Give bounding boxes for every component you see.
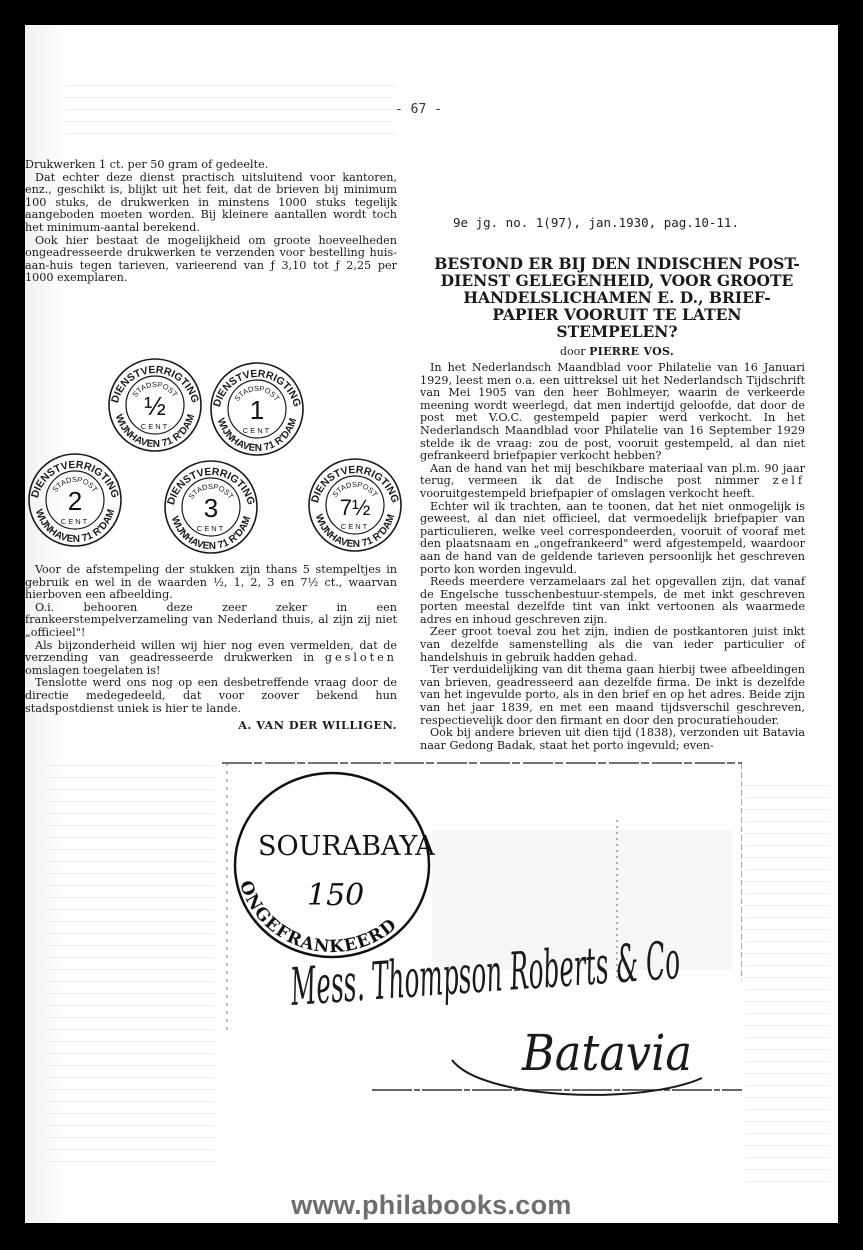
paragraph: Ook hier bestaat de mogelijkheid om groo… — [25, 235, 397, 285]
svg-text:CENT: CENT — [141, 422, 169, 431]
article-title: BESTOND ER BIJ DEN INDISCHEN POST- DIENS… — [417, 255, 817, 340]
svg-text:CENT: CENT — [197, 524, 225, 533]
paragraph: In het Nederlandsch Maandblad voor Phila… — [420, 362, 805, 463]
show-through-text — [45, 765, 215, 1165]
svg-text:CENT: CENT — [61, 517, 89, 526]
svg-text:7½: 7½ — [340, 495, 371, 520]
title-line: STEMPELEN? — [417, 323, 817, 340]
source-reference: 9e jg. no. 1(97), jan.1930, pag.10-11. — [453, 215, 813, 230]
scanned-page: - 67 - Drukwerken 1 ct. per 50 gram of g… — [25, 25, 838, 1223]
paragraph: Reeds meerdere verzamelaars zal het opge… — [420, 576, 805, 626]
watermark-url: www.philabooks.com — [25, 1190, 838, 1221]
svg-text:½: ½ — [144, 391, 166, 421]
stamp-4: DIENSTVERRIGTINGWIJNHAVEN 71 R'DAMSTADSP… — [165, 461, 257, 553]
paragraph: Tenslotte werd ons nog op een desbetreff… — [25, 677, 397, 715]
title-line: DIENST GELEGENHEID, VOOR GROOTE — [417, 272, 817, 289]
text: Aan de hand van het mij beschikbare mate… — [420, 462, 805, 488]
cover-svg: SOURABAYA 150 ONGEFRANKEERD Mess. Thomps… — [222, 760, 742, 1108]
left-column-top: Drukwerken 1 ct. per 50 gram of gedeelte… — [25, 159, 397, 285]
letter-cover-illustration: SOURABAYA 150 ONGEFRANKEERD Mess. Thomps… — [222, 760, 742, 1108]
stamp-3: DIENSTVERRIGTINGWIJNHAVEN 71 R'DAMSTADSP… — [29, 454, 121, 546]
stamp-svg: DIENSTVERRIGTINGWIJNHAVEN 71 R'DAMSTADSP… — [25, 345, 425, 560]
left-column-bottom: Voor de afstempeling der stukken zijn th… — [25, 564, 397, 732]
paragraph: Echter wil ik trachten, aan te toonen, d… — [420, 501, 805, 577]
svg-text:3: 3 — [204, 493, 218, 523]
signature: A. VAN DER WILLIGEN. — [25, 719, 397, 732]
text: vooruitgestempeld briefpapier of omslage… — [420, 487, 755, 500]
paragraph: Drukwerken 1 ct. per 50 gram of gedeelte… — [25, 159, 397, 172]
svg-text:CENT: CENT — [243, 426, 271, 435]
show-through-text — [745, 785, 830, 1185]
byline-prefix: door — [560, 345, 586, 358]
svg-text:1: 1 — [250, 395, 264, 425]
paragraph: Zeer groot toeval zou het zijn, indien d… — [420, 626, 805, 664]
stamp-1: DIENSTVERRIGTINGWIJNHAVEN 71 R'DAMSTADSP… — [109, 359, 201, 451]
svg-text:2: 2 — [68, 486, 82, 516]
stamp-5: DIENSTVERRIGTINGWIJNHAVEN 71 R'DAMSTADSP… — [309, 459, 401, 551]
byline: door PIERRE VOS. — [417, 345, 817, 358]
paragraph: O.i. behooren deze zeer zeker in een fra… — [25, 602, 397, 640]
title-line: PAPIER VOORUIT TE LATEN — [417, 306, 817, 323]
paragraph: Voor de afstempeling der stukken zijn th… — [25, 564, 397, 602]
show-through-text — [65, 85, 395, 135]
author: PIERRE VOS. — [589, 345, 674, 358]
postmark-value: 150 — [307, 878, 364, 913]
paragraph: Aan de hand van het mij beschikbare mate… — [420, 463, 805, 501]
paragraph: Als bijzonderheid willen wij hier nog ev… — [25, 640, 397, 678]
svg-text:CENT: CENT — [341, 522, 369, 531]
title-line: BESTOND ER BIJ DEN INDISCHEN POST- — [417, 255, 817, 272]
text: omslagen toegelaten is! — [25, 664, 160, 677]
stamp-illustrations: DIENSTVERRIGTINGWIJNHAVEN 71 R'DAMSTADSP… — [25, 345, 425, 560]
spaced-emphasis: zelf — [773, 474, 805, 487]
address-line-2: Batavia — [521, 1024, 692, 1082]
paragraph: Ter verduidelijking van dit thema gaan h… — [420, 664, 805, 727]
page-number: - 67 - — [395, 102, 442, 117]
stamp-2: DIENSTVERRIGTINGWIJNHAVEN 71 R'DAMSTADSP… — [211, 363, 303, 455]
postmark-top: SOURABAYA — [258, 831, 435, 862]
spaced-emphasis: gesloten — [325, 651, 397, 664]
article-body: In het Nederlandsch Maandblad voor Phila… — [420, 362, 805, 752]
paragraph: Dat echter deze dienst practisch uitslui… — [25, 172, 397, 235]
paragraph: Ook bij andere brieven uit dien tijd (18… — [420, 727, 805, 752]
title-line: HANDELSLICHAMEN E. D., BRIEF- — [417, 289, 817, 306]
